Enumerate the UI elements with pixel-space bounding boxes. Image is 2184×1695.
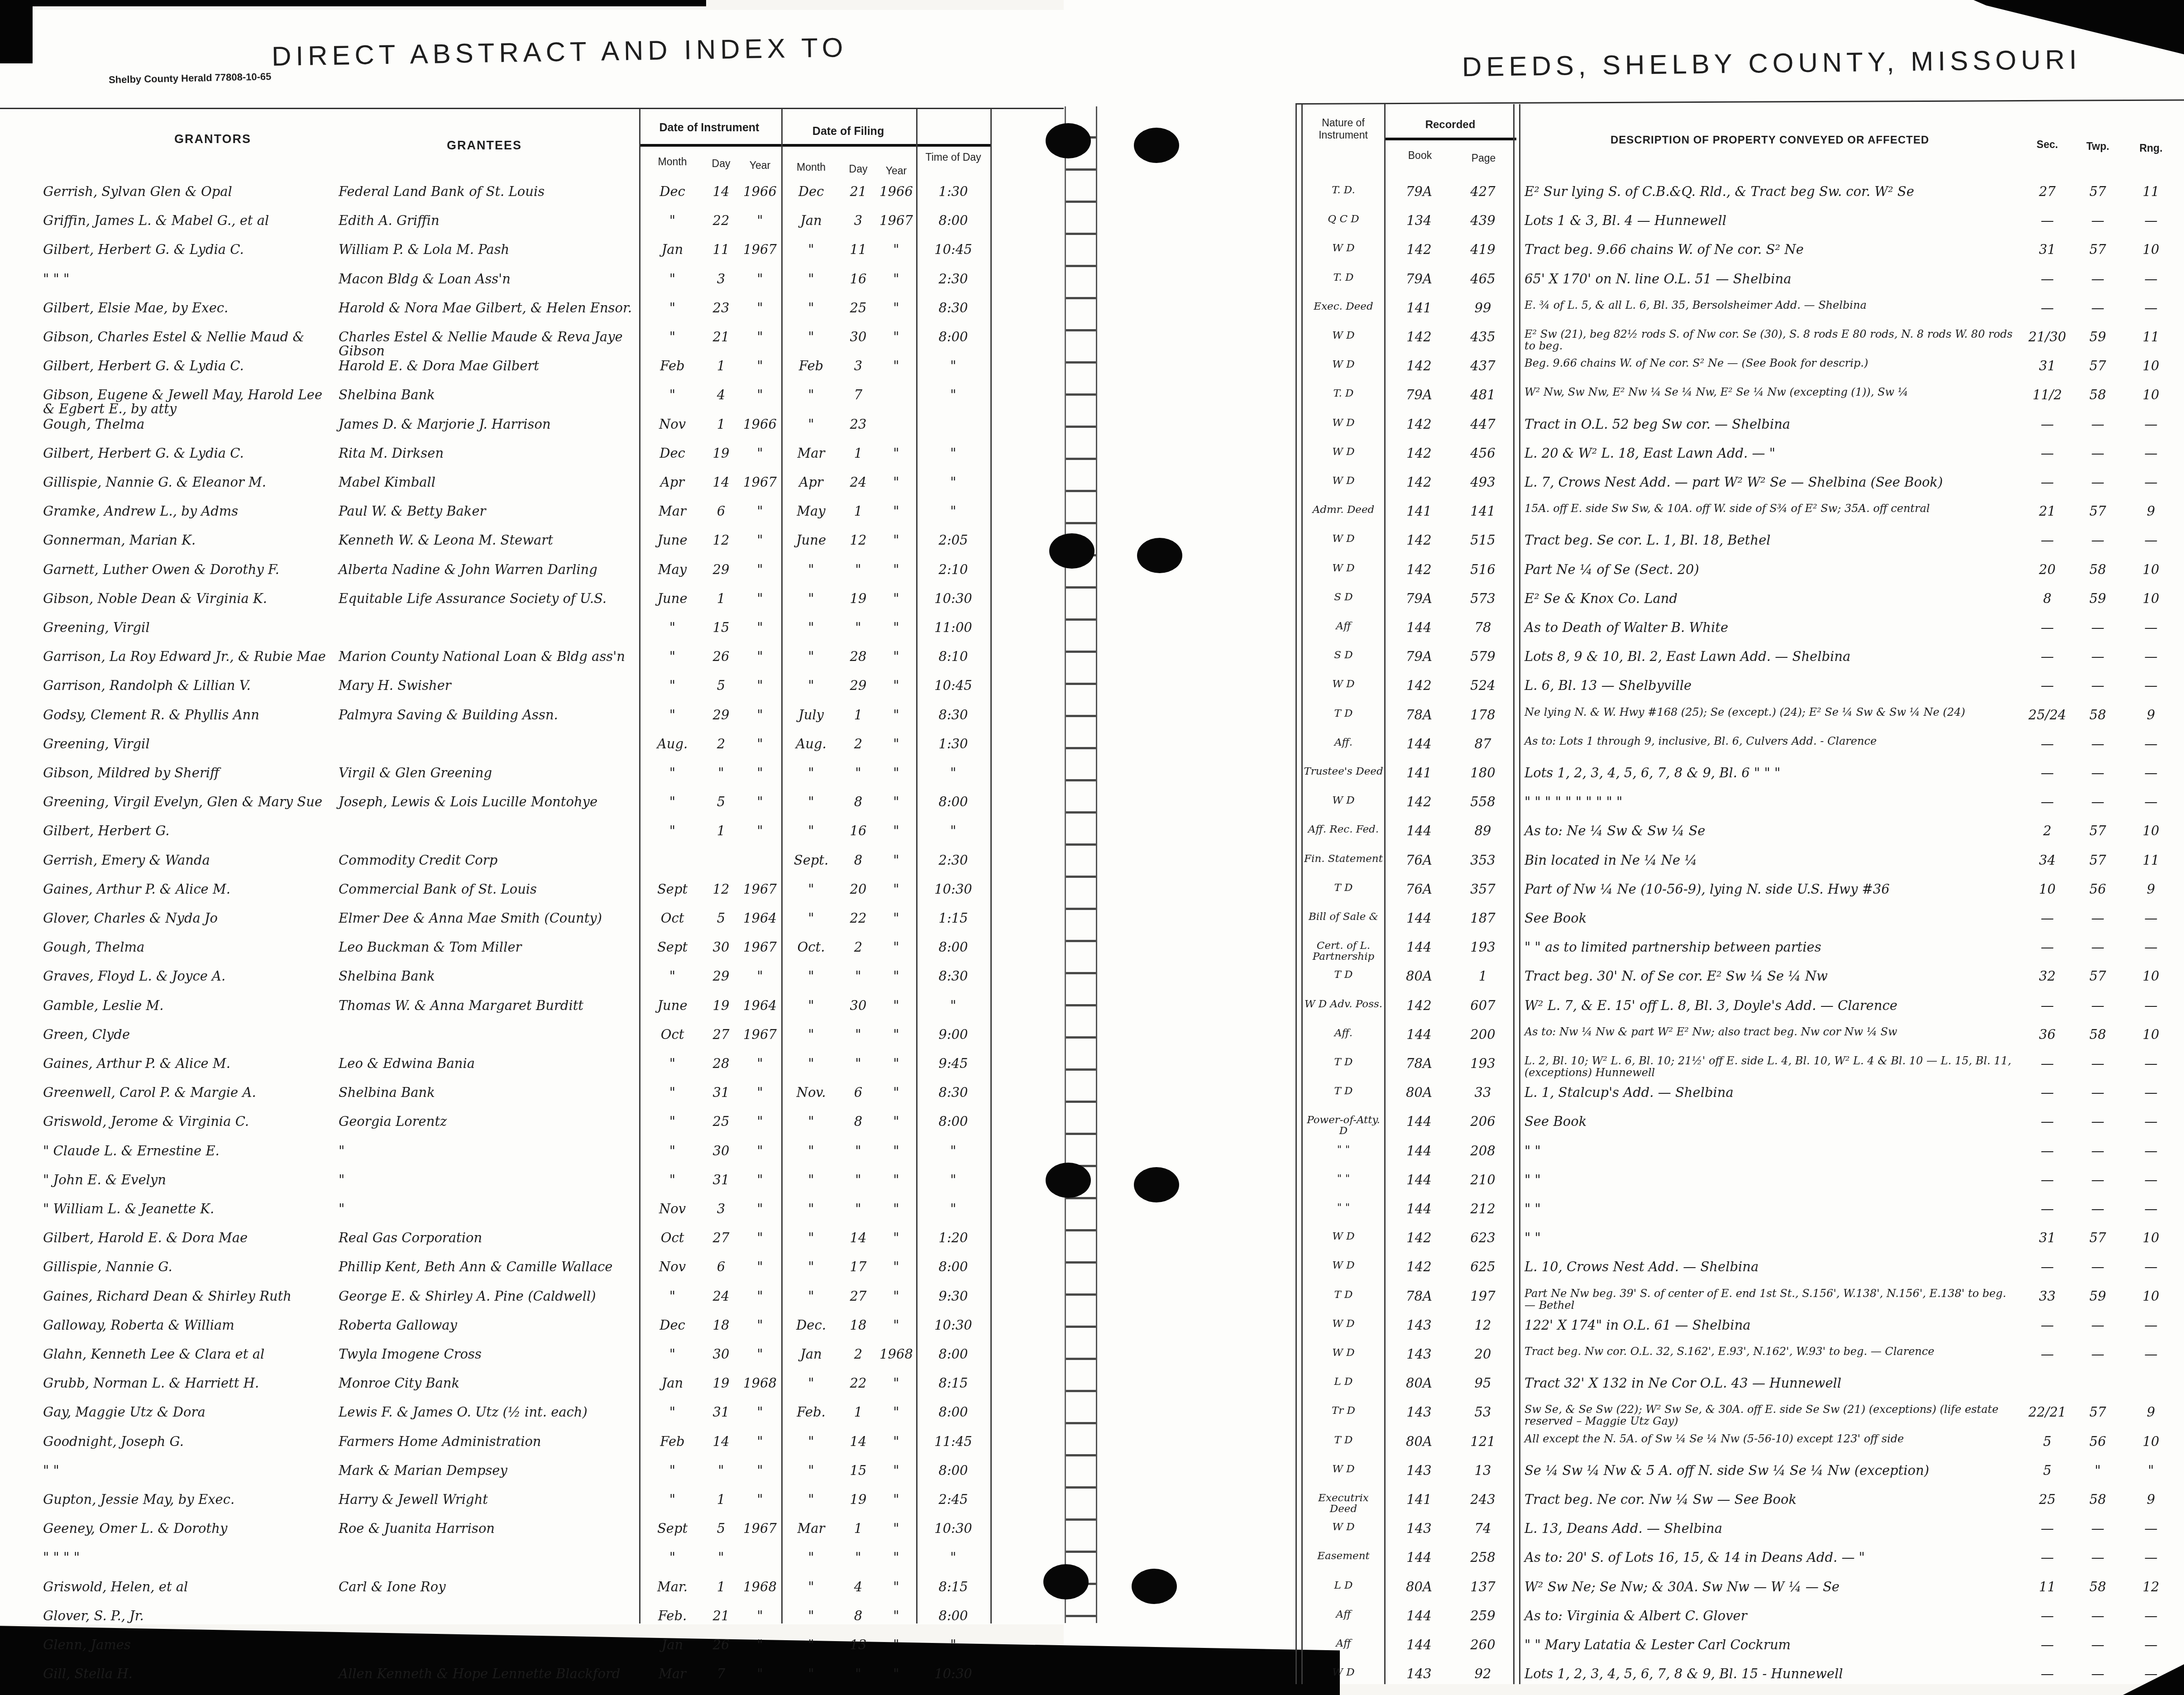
description-cell: L. 20 & W² L. 18, East Lawn Add. — " bbox=[1524, 446, 2019, 460]
page-cell: 260 bbox=[1454, 1638, 1512, 1652]
rng-cell: — bbox=[2124, 1144, 2178, 1158]
nature-cell: T. D bbox=[1304, 388, 1383, 399]
twp-cell: " bbox=[2074, 1464, 2122, 1478]
description-cell: As to: Virginia & Albert C. Glover bbox=[1524, 1609, 2019, 1623]
sec-cell: 32 bbox=[2022, 969, 2072, 983]
twp-cell: 57 bbox=[2074, 853, 2122, 867]
table-row: T. D79A481W² Nw, Sw Nw, E² Nw ¼ Se ¼ Nw,… bbox=[0, 385, 2184, 414]
book-cell: 144 bbox=[1385, 940, 1453, 954]
description-cell: W² Sw Ne; Se Nw; & 30A. Sw Nw — W ¼ — Se bbox=[1524, 1580, 2019, 1594]
twp-cell: 58 bbox=[2074, 1580, 2122, 1594]
table-row: W D142419Tract beg. 9.66 chains W. of Ne… bbox=[0, 240, 2184, 269]
sec-cell: 11 bbox=[2022, 1580, 2072, 1594]
sec-cell: — bbox=[2022, 475, 2072, 489]
rng-cell: — bbox=[2124, 1551, 2178, 1565]
table-row: Trustee's Deed141180Lots 1, 2, 3, 4, 5, … bbox=[0, 763, 2184, 792]
rng-cell: 9 bbox=[2124, 708, 2178, 722]
description-cell: As to: Lots 1 through 9, inclusive, Bl. … bbox=[1524, 735, 2019, 747]
table-row: Exec. Deed14199E. ¾ of L. 5, & all L. 6,… bbox=[0, 298, 2184, 327]
page-cell: 210 bbox=[1454, 1173, 1512, 1187]
table-row: Aff14478As to Death of Walter B. White——… bbox=[0, 618, 2184, 647]
nature-header: Nature of Instrument bbox=[1304, 117, 1383, 141]
sec-cell: — bbox=[2022, 737, 2072, 751]
rng-cell: — bbox=[2124, 417, 2178, 431]
sec-cell: — bbox=[2022, 1260, 2072, 1274]
book-cell: 142 bbox=[1385, 795, 1453, 809]
page-cell: 353 bbox=[1454, 853, 1512, 867]
rng-cell: — bbox=[2124, 1318, 2178, 1332]
nature-cell: T D bbox=[1304, 1289, 1383, 1300]
book-cell: 142 bbox=[1385, 359, 1453, 373]
page-cell: 33 bbox=[1454, 1086, 1512, 1100]
book-cell: 142 bbox=[1385, 1231, 1453, 1245]
sec-cell: — bbox=[2022, 650, 2072, 664]
twp-cell: 58 bbox=[2074, 1028, 2122, 1042]
rng-cell: — bbox=[2124, 1173, 2178, 1187]
nature-cell: W D bbox=[1304, 1231, 1383, 1242]
nature-cell: Aff. bbox=[1304, 737, 1383, 748]
rng-cell: — bbox=[2124, 1115, 2178, 1129]
twp-cell: 56 bbox=[2074, 882, 2122, 896]
twp-cell: — bbox=[2074, 1057, 2122, 1071]
description-cell: Part of Nw ¼ Ne (10-56-9), lying N. side… bbox=[1524, 882, 2019, 896]
nature-cell: Aff. Rec. Fed. bbox=[1304, 824, 1383, 835]
page-cell: 193 bbox=[1454, 940, 1512, 954]
rng-cell: 10 bbox=[2124, 969, 2178, 983]
punch-hole bbox=[1046, 123, 1091, 158]
description-cell: L. 10, Crows Nest Add. — Shelbina bbox=[1524, 1260, 2019, 1274]
sec-cell: — bbox=[2022, 1638, 2072, 1652]
page-cell: 20 bbox=[1454, 1347, 1512, 1361]
nature-cell: W D bbox=[1304, 1260, 1383, 1271]
description-cell: " " bbox=[1524, 1144, 2019, 1158]
sec-cell: — bbox=[2022, 1144, 2072, 1158]
page-cell: 95 bbox=[1454, 1376, 1512, 1390]
book-cell: 142 bbox=[1385, 330, 1453, 344]
table-row: W D142516Part Ne ¼ of Se (Sect. 20)20581… bbox=[0, 560, 2184, 589]
table-row: Aff.144200As to: Nw ¼ Nw & part W² E² Nw… bbox=[0, 1025, 2184, 1054]
page-cell: 524 bbox=[1454, 679, 1512, 693]
twp-cell: 59 bbox=[2074, 330, 2122, 344]
twp-cell: — bbox=[2074, 911, 2122, 925]
sec-cell: 31 bbox=[2022, 359, 2072, 373]
sec-cell: — bbox=[2022, 1318, 2072, 1332]
sec-cell: — bbox=[2022, 1173, 2072, 1187]
description-cell: " " bbox=[1524, 1202, 2019, 1216]
book-cell: 144 bbox=[1385, 911, 1453, 925]
page-cell: 193 bbox=[1454, 1057, 1512, 1071]
twp-cell: 58 bbox=[2074, 388, 2122, 402]
description-cell: 15A. off E. side Sw Sw, & 10A. off W. si… bbox=[1524, 503, 2019, 514]
rng-cell: 10 bbox=[2124, 388, 2178, 402]
nature-cell: Fin. Statement bbox=[1304, 853, 1383, 864]
sec-cell: — bbox=[2022, 1522, 2072, 1536]
sec-cell: — bbox=[2022, 272, 2072, 286]
book-cell: 143 bbox=[1385, 1464, 1453, 1478]
twp-cell: — bbox=[2074, 533, 2122, 547]
book-cell: 134 bbox=[1385, 214, 1453, 228]
nature-cell: S D bbox=[1304, 650, 1383, 661]
nature-cell: W D bbox=[1304, 330, 1383, 341]
page-cell: 259 bbox=[1454, 1609, 1512, 1623]
rng-cell: 9 bbox=[2124, 1405, 2178, 1419]
table-row: " "144208" "——— bbox=[0, 1141, 2184, 1170]
sec-cell: — bbox=[2022, 1086, 2072, 1100]
description-cell: L. 13, Deans Add. — Shelbina bbox=[1524, 1522, 2019, 1536]
nature-cell: " " bbox=[1304, 1144, 1383, 1155]
twp-cell: 57 bbox=[2074, 504, 2122, 518]
page-cell: 141 bbox=[1454, 504, 1512, 518]
sec-cell: 33 bbox=[2022, 1289, 2072, 1303]
page-cell: 197 bbox=[1454, 1289, 1512, 1303]
table-row: T. D79A46565' X 170' on N. line O.L. 51 … bbox=[0, 269, 2184, 298]
rng-cell: " bbox=[2124, 1464, 2178, 1478]
rng-cell: — bbox=[2124, 1667, 2178, 1681]
description-cell: E² Sw (21), beg 82½ rods S. of Nw cor. S… bbox=[1524, 328, 2019, 352]
table-row: W D14392Lots 1, 2, 3, 4, 5, 6, 7, 8 & 9,… bbox=[0, 1664, 2184, 1693]
twp-cell: 59 bbox=[2074, 1289, 2122, 1303]
description-cell: " " Mary Latatia & Lester Carl Cockrum bbox=[1524, 1638, 2019, 1652]
description-cell: Tract in O.L. 52 beg Sw cor. — Shelbina bbox=[1524, 417, 2019, 431]
description-cell: Tract beg. Se cor. L. 1, Bl. 18, Bethel bbox=[1524, 533, 2019, 547]
book-cell: 142 bbox=[1385, 475, 1453, 489]
twp-cell: — bbox=[2074, 301, 2122, 315]
book-cell: 142 bbox=[1385, 417, 1453, 431]
description-cell: L. 6, Bl. 13 — Shelbyville bbox=[1524, 679, 2019, 693]
rng-cell: — bbox=[2124, 1260, 2178, 1274]
nature-cell: Exec. Deed bbox=[1304, 301, 1383, 312]
recorded-header: Recorded bbox=[1384, 119, 1516, 131]
page-cell: 357 bbox=[1454, 882, 1512, 896]
rng-cell: — bbox=[2124, 999, 2178, 1013]
book-cell: 80A bbox=[1385, 969, 1453, 983]
book-cell: 141 bbox=[1385, 504, 1453, 518]
sec-cell: 21 bbox=[2022, 504, 2072, 518]
sec-cell: 27 bbox=[2022, 185, 2072, 199]
sec-cell: 22/21 bbox=[2022, 1405, 2072, 1419]
page-cell: 447 bbox=[1454, 417, 1512, 431]
page-cell: 481 bbox=[1454, 388, 1512, 402]
page-cell: 74 bbox=[1454, 1522, 1512, 1536]
table-row: L D80A95Tract 32' X 132 in Ne Cor O.L. 4… bbox=[0, 1374, 2184, 1403]
book-cell: 144 bbox=[1385, 1202, 1453, 1216]
sec-cell: — bbox=[2022, 679, 2072, 693]
instr-year-header: Year bbox=[739, 159, 781, 172]
rng-cell: 10 bbox=[2124, 824, 2178, 838]
filing-day-header: Day bbox=[840, 163, 876, 175]
page-cell: 579 bbox=[1454, 650, 1512, 664]
nature-cell: T. D. bbox=[1304, 185, 1383, 196]
sec-cell: — bbox=[2022, 766, 2072, 780]
book-cell: 144 bbox=[1385, 737, 1453, 751]
twp-cell: — bbox=[2074, 940, 2122, 954]
page-cell: 1 bbox=[1454, 969, 1512, 983]
page-cell: 427 bbox=[1454, 185, 1512, 199]
twp-cell: — bbox=[2074, 1115, 2122, 1129]
page-cell: 200 bbox=[1454, 1028, 1512, 1042]
twp-cell: 57 bbox=[2074, 969, 2122, 983]
description-cell: L. 7, Crows Nest Add. — part W² W² Se — … bbox=[1524, 475, 2019, 489]
sec-cell: 11/2 bbox=[2022, 388, 2072, 402]
rng-cell: 11 bbox=[2124, 185, 2178, 199]
rng-cell: — bbox=[2124, 650, 2178, 664]
nature-cell: Trustee's Deed bbox=[1304, 766, 1383, 777]
sec-cell: 2 bbox=[2022, 824, 2072, 838]
description-cell: Sw Se, & Se Sw (22); W² Sw Se, & 30A. of… bbox=[1524, 1403, 2019, 1427]
rng-cell: — bbox=[2124, 737, 2178, 751]
page-cell: 53 bbox=[1454, 1405, 1512, 1419]
nature-cell: W D bbox=[1304, 679, 1383, 689]
twp-cell: 58 bbox=[2074, 563, 2122, 577]
description-cell: Tract beg. Ne cor. Nw ¼ Sw — See Book bbox=[1524, 1493, 2019, 1507]
table-row: Q C D134439Lots 1 & 3, Bl. 4 — Hunnewell… bbox=[0, 211, 2184, 240]
description-cell: See Book bbox=[1524, 911, 2019, 925]
table-row: Bill of Sale &144187See Book——— bbox=[0, 909, 2184, 938]
nature-cell: Bill of Sale & bbox=[1304, 911, 1383, 922]
sec-cell: — bbox=[2022, 940, 2072, 954]
nature-cell: Q C D bbox=[1304, 214, 1383, 225]
rng-cell: — bbox=[2124, 214, 2178, 228]
description-cell: Bin located in Ne ¼ Ne ¼ bbox=[1524, 853, 2019, 867]
book-cell: 141 bbox=[1385, 766, 1453, 780]
instr-day-header: Day bbox=[703, 158, 739, 170]
table-row: W D142558" " " " " " " " " "——— bbox=[0, 792, 2184, 821]
filing-month-header: Month bbox=[782, 161, 840, 173]
book-cell: 142 bbox=[1385, 1260, 1453, 1274]
twp-cell: — bbox=[2074, 737, 2122, 751]
table-row: T D78A193L. 2, Bl. 10; W² L. 6, Bl. 10; … bbox=[0, 1054, 2184, 1083]
table-row: Cert. of L. Partnership144193" " as to l… bbox=[0, 938, 2184, 967]
page-cell: 208 bbox=[1454, 1144, 1512, 1158]
book-cell: 79A bbox=[1385, 388, 1453, 402]
book-cell: 142 bbox=[1385, 999, 1453, 1013]
description-cell: As to: Nw ¼ Nw & part W² E² Nw; also tra… bbox=[1524, 1026, 2019, 1038]
book-cell: 143 bbox=[1385, 1667, 1453, 1681]
twp-cell: — bbox=[2074, 1638, 2122, 1652]
nature-cell: Aff bbox=[1304, 1609, 1383, 1620]
twp-cell: 56 bbox=[2074, 1435, 2122, 1449]
page-cell: 89 bbox=[1454, 824, 1512, 838]
page-cell: 78 bbox=[1454, 621, 1512, 635]
table-row: L D80A137W² Sw Ne; Se Nw; & 30A. Sw Nw —… bbox=[0, 1577, 2184, 1606]
page-cell: 558 bbox=[1454, 795, 1512, 809]
rng-cell: — bbox=[2124, 940, 2178, 954]
page-cell: 137 bbox=[1454, 1580, 1512, 1594]
description-cell: " " bbox=[1524, 1173, 2019, 1187]
table-row: Easement144258As to: 20' S. of Lots 16, … bbox=[0, 1548, 2184, 1577]
book-cell: 144 bbox=[1385, 1609, 1453, 1623]
table-row: W D14374L. 13, Deans Add. — Shelbina——— bbox=[0, 1519, 2184, 1548]
table-row: Aff.14487As to: Lots 1 through 9, inclus… bbox=[0, 734, 2184, 763]
table-row: Aff144259As to: Virginia & Albert C. Glo… bbox=[0, 1606, 2184, 1635]
table-row: Aff144260" " Mary Latatia & Lester Carl … bbox=[0, 1635, 2184, 1664]
description-cell: Part Ne Nw beg. 39' S. of center of E. e… bbox=[1524, 1288, 2019, 1311]
nature-cell: Tr D bbox=[1304, 1405, 1383, 1416]
twp-cell: — bbox=[2074, 679, 2122, 693]
page-cell: 87 bbox=[1454, 737, 1512, 751]
book-cell: 79A bbox=[1385, 185, 1453, 199]
nature-cell: T D bbox=[1304, 1057, 1383, 1068]
page-header: Page bbox=[1455, 152, 1512, 164]
page-cell: 12 bbox=[1454, 1318, 1512, 1332]
rng-cell: — bbox=[2124, 1522, 2178, 1536]
book-cell: 142 bbox=[1385, 563, 1453, 577]
table-row: S D79A579Lots 8, 9 & 10, Bl. 2, East Law… bbox=[0, 647, 2184, 676]
book-cell: 76A bbox=[1385, 882, 1453, 896]
sec-cell: — bbox=[2022, 795, 2072, 809]
date-group-rule bbox=[639, 144, 991, 147]
rng-cell: 11 bbox=[2124, 853, 2178, 867]
table-row: W D142456L. 20 & W² L. 18, East Lawn Add… bbox=[0, 444, 2184, 473]
page-cell: 493 bbox=[1454, 475, 1512, 489]
sec-cell: 8 bbox=[2022, 592, 2072, 606]
description-cell: Lots 8, 9 & 10, Bl. 2, East Lawn Add. — … bbox=[1524, 650, 2019, 664]
grantors-header: GRANTORS bbox=[136, 132, 290, 146]
page-cell: 516 bbox=[1454, 563, 1512, 577]
nature-cell: Aff bbox=[1304, 1638, 1383, 1649]
twp-cell: — bbox=[2074, 1260, 2122, 1274]
sec-cell: — bbox=[2022, 911, 2072, 925]
scan-edge-top-left bbox=[0, 0, 33, 63]
nature-cell: T D bbox=[1304, 969, 1383, 980]
page-cell: 99 bbox=[1454, 301, 1512, 315]
twp-cell: — bbox=[2074, 1667, 2122, 1681]
rng-cell: 10 bbox=[2124, 592, 2178, 606]
nature-cell: Aff. bbox=[1304, 1028, 1383, 1039]
book-cell: 78A bbox=[1385, 708, 1453, 722]
nature-cell: W D bbox=[1304, 243, 1383, 254]
description-cell: Tract beg. 30' N. of Se cor. E² Sw ¼ Se … bbox=[1524, 969, 2019, 983]
page-cell: 212 bbox=[1454, 1202, 1512, 1216]
rng-cell: — bbox=[2124, 911, 2178, 925]
sec-cell: 25/24 bbox=[2022, 708, 2072, 722]
book-cell: 144 bbox=[1385, 824, 1453, 838]
rng-cell: 11 bbox=[2124, 330, 2178, 344]
book-cell: 143 bbox=[1385, 1405, 1453, 1419]
page-cell: 437 bbox=[1454, 359, 1512, 373]
book-cell: 78A bbox=[1385, 1057, 1453, 1071]
table-row: W D142493L. 7, Crows Nest Add. — part W²… bbox=[0, 473, 2184, 502]
description-cell: Lots 1, 2, 3, 4, 5, 6, 7, 8 & 9, Bl. 15 … bbox=[1524, 1667, 2019, 1681]
twp-cell: 58 bbox=[2074, 1493, 2122, 1507]
twp-cell: 59 bbox=[2074, 592, 2122, 606]
book-cell: 143 bbox=[1385, 1318, 1453, 1332]
sec-cell: — bbox=[2022, 214, 2072, 228]
rng-cell: — bbox=[2124, 533, 2178, 547]
rng-cell: — bbox=[2124, 1609, 2178, 1623]
sec-cell: 10 bbox=[2022, 882, 2072, 896]
table-row: T D78A178Ne lying N. & W. Hwy #168 (25);… bbox=[0, 705, 2184, 734]
twp-cell: 57 bbox=[2074, 1231, 2122, 1245]
table-row: T D80A121All except the N. 5A. of Sw ¼ S… bbox=[0, 1432, 2184, 1461]
nature-cell: W D bbox=[1304, 446, 1383, 457]
twp-cell: — bbox=[2074, 214, 2122, 228]
nature-cell: W D bbox=[1304, 563, 1383, 574]
twp-cell: — bbox=[2074, 1347, 2122, 1361]
description-cell: E² Sur lying S. of C.B.&Q. Rld., & Tract… bbox=[1524, 185, 2019, 199]
description-cell: Tract 32' X 132 in Ne Cor O.L. 43 — Hunn… bbox=[1524, 1376, 2019, 1390]
description-cell: Lots 1, 2, 3, 4, 5, 6, 7, 8 & 9, Bl. 6 "… bbox=[1524, 766, 2019, 780]
twp-cell: 57 bbox=[2074, 359, 2122, 373]
table-row: Power-of-Atty. D144206See Book——— bbox=[0, 1112, 2184, 1141]
nature-cell: L D bbox=[1304, 1580, 1383, 1591]
book-cell: 141 bbox=[1385, 301, 1453, 315]
page-cell: 258 bbox=[1454, 1551, 1512, 1565]
nature-cell: W D bbox=[1304, 795, 1383, 806]
sec-cell: — bbox=[2022, 621, 2072, 635]
nature-cell: W D bbox=[1304, 359, 1383, 370]
description-cell: Part Ne ¼ of Se (Sect. 20) bbox=[1524, 563, 2019, 577]
book-cell: 144 bbox=[1385, 621, 1453, 635]
nature-cell: W D bbox=[1304, 1318, 1383, 1329]
nature-cell: W D bbox=[1304, 1347, 1383, 1358]
page-cell: 573 bbox=[1454, 592, 1512, 606]
twp-cell: — bbox=[2074, 795, 2122, 809]
scan-edge-top bbox=[0, 0, 706, 6]
book-cell: 144 bbox=[1385, 1551, 1453, 1565]
rng-cell: 9 bbox=[2124, 882, 2178, 896]
description-cell: See Book bbox=[1524, 1115, 2019, 1129]
description-cell: 122' X 174" in O.L. 61 — Shelbina bbox=[1524, 1318, 2019, 1332]
twp-cell: 57 bbox=[2074, 1405, 2122, 1419]
table-row: W D142623" "315710 bbox=[0, 1228, 2184, 1257]
table-row: Executrix Deed141243Tract beg. Ne cor. N… bbox=[0, 1490, 2184, 1519]
sec-cell: — bbox=[2022, 1115, 2072, 1129]
description-cell: " " as to limited partnership between pa… bbox=[1524, 940, 2019, 954]
sec-cell: 20 bbox=[2022, 563, 2072, 577]
rng-cell: — bbox=[2124, 679, 2178, 693]
rng-cell: — bbox=[2124, 1057, 2178, 1071]
twp-cell: — bbox=[2074, 766, 2122, 780]
twp-cell: 58 bbox=[2074, 708, 2122, 722]
rng-cell: — bbox=[2124, 795, 2178, 809]
twp-cell: — bbox=[2074, 1609, 2122, 1623]
nature-cell: L D bbox=[1304, 1376, 1383, 1387]
sec-cell: — bbox=[2022, 1551, 2072, 1565]
instr-month-header: Month bbox=[642, 156, 703, 168]
rng-cell: — bbox=[2124, 475, 2178, 489]
description-cell: " " bbox=[1524, 1231, 2019, 1245]
twp-cell: — bbox=[2074, 1173, 2122, 1187]
time-of-day-header: Time of Day bbox=[917, 151, 989, 163]
page-cell: 243 bbox=[1454, 1493, 1512, 1507]
table-row: W D14313Se ¼ Sw ¼ Nw & 5 A. off N. side … bbox=[0, 1461, 2184, 1490]
page-cell: 13 bbox=[1454, 1464, 1512, 1478]
table-row: W D Adv. Poss.142607W² L. 7, & E. 15' of… bbox=[0, 996, 2184, 1025]
table-row: T D80A1Tract beg. 30' N. of Se cor. E² S… bbox=[0, 967, 2184, 996]
book-cell: 79A bbox=[1385, 592, 1453, 606]
page-cell: 439 bbox=[1454, 214, 1512, 228]
left-table-top-rule bbox=[0, 108, 1064, 109]
rng-cell: — bbox=[2124, 1347, 2178, 1361]
rng-cell: 10 bbox=[2124, 1289, 2178, 1303]
grantees-header: GRANTEES bbox=[407, 139, 561, 153]
description-cell: Lots 1 & 3, Bl. 4 — Hunnewell bbox=[1524, 214, 2019, 228]
book-cell: 76A bbox=[1385, 853, 1453, 867]
table-row: Aff. Rec. Fed.14489As to: Ne ¼ Sw & Sw ¼… bbox=[0, 821, 2184, 850]
rng-cell: — bbox=[2124, 301, 2178, 315]
rng-cell: — bbox=[2124, 766, 2178, 780]
sec-cell: 34 bbox=[2022, 853, 2072, 867]
book-cell: 144 bbox=[1385, 1028, 1453, 1042]
nature-cell: " " bbox=[1304, 1202, 1383, 1213]
sec-cell: — bbox=[2022, 1347, 2072, 1361]
rng-cell: — bbox=[2124, 621, 2178, 635]
nature-cell: W D bbox=[1304, 533, 1383, 544]
rng-cell: 10 bbox=[2124, 1231, 2178, 1245]
description-cell: As to: Ne ¼ Sw & Sw ¼ Se bbox=[1524, 824, 2019, 838]
table-row: T D76A357Part of Nw ¼ Ne (10-56-9), lyin… bbox=[0, 880, 2184, 909]
